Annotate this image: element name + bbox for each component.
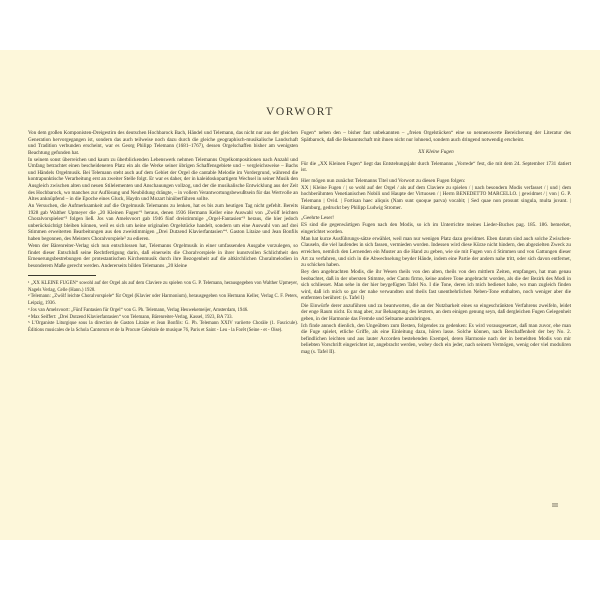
paragraph: Bey den angebrachten Modis, die ihr Wese… [301,269,571,302]
paragraph: Fugen“ neben den – bisher fast unbekannt… [301,130,571,143]
right-column: Fugen“ neben den – bisher fast unbekannt… [301,130,571,356]
footnote: ¹ „XX KLEINE FUGEN“ sowohl auf der Orgel… [28,281,298,294]
paragraph: Wenn der Bärenreiter-Verlag sich nun ent… [28,243,298,269]
paragraph: ES sind die gegenwärtigen Fugen nach den… [301,222,571,235]
left-column: Von dem großen Komponisten-Dreigestirn d… [28,130,298,335]
paragraph: An Versuchen, die Aufmerksamkeit auf die… [28,203,298,242]
section-heading: XX Kleine Fugen [301,149,571,156]
paragraph: Hier mögen nun zunächst Telemanns Titel … [301,178,571,185]
page-title: VORWORT [0,106,600,118]
footnote: ⁵ L’Organiste Liturgique sous la directi… [28,321,298,334]
paragraph: Ich finde annoch dienlich, den Ungeübten… [301,323,571,356]
title-transcription: XX | Kleine Fugen / | so wohl auf der Or… [301,185,571,211]
paragraph: Man hat kurze Ausführungs-sätze erwählet… [301,236,571,269]
paragraph: Die Einwürfe derer anzuführen und zu bea… [301,303,571,323]
paragraph: Für die „XX Kleinen Fugen“ liegt das Ent… [301,161,571,174]
paragraph: In seinem sonst überreichen und kaum zu … [28,157,298,203]
footnote: ³ Jos van Amelsvoort: „Fünf Fantasien fü… [28,308,298,314]
page-number: III [552,503,558,509]
salutation: „Geehrte Leser! [301,215,571,222]
book-page: VORWORT Von dem großen Komponisten-Dreig… [0,50,600,540]
footnote-divider [28,275,96,276]
paragraph: Von dem großen Komponisten-Dreigestirn d… [28,130,298,156]
footnote: ² Telemann: „Zwölf leichte Choralvorspie… [28,294,298,307]
footnote: ⁴ Max Seiffert: „Drei Dutzend Klavierfan… [28,315,298,321]
